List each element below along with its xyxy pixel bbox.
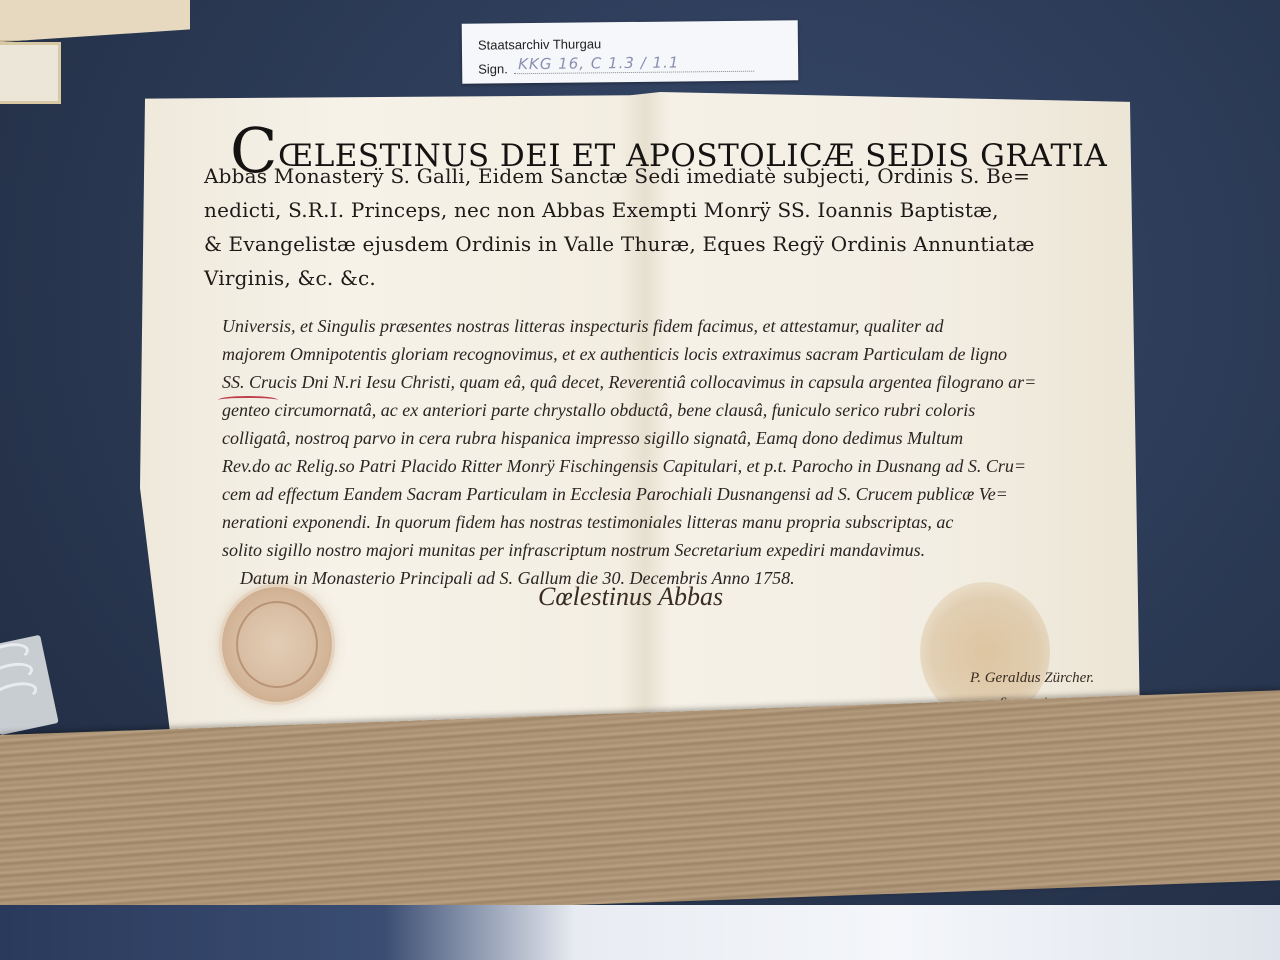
secretary-signature: P. Geraldus Zürcher. xyxy=(970,670,1094,687)
wax-seal xyxy=(222,587,332,702)
archive-signature: KKG 16, C 1.3 / 1.1 xyxy=(518,53,679,73)
body-line: Rev.do ac Relig.so Patri Placido Ritter … xyxy=(222,456,1026,477)
paper-folder xyxy=(0,42,61,104)
archive-label: Staatsarchiv Thurgau Sign. KKG 16, C 1.3… xyxy=(462,20,799,84)
title-line: & Evangelistæ ejusdem Ordinis in Valle T… xyxy=(204,232,1035,256)
abbot-signature: Cœlestinus Abbas xyxy=(538,582,723,612)
title-line: Abbas Monasterÿ S. Galli, Eidem Sanctæ S… xyxy=(204,164,1030,188)
body-line: SS. Crucis Dni N.ri Iesu Christi, quam e… xyxy=(222,372,1036,393)
body-line: solito sigillo nostro majori munitas per… xyxy=(222,540,925,561)
body-line: genteo circumornatâ, ac ex anteriori par… xyxy=(222,400,975,421)
body-line: colligatâ, nostroq parvo in cera rubra h… xyxy=(222,428,963,449)
body-line: nerationi exponendi. In quorum fidem has… xyxy=(222,512,953,533)
archive-institution: Staatsarchiv Thurgau xyxy=(478,36,601,52)
title-line: Virginis, &c. &c. xyxy=(204,266,376,290)
signature-prefix: Sign. xyxy=(478,61,508,76)
body-line: cem ad effectum Eandem Sacram Particulam… xyxy=(222,484,1008,505)
floor-background xyxy=(0,905,1280,960)
body-line: Universis, et Singulis præsentes nostras… xyxy=(222,316,944,337)
body-line: majorem Omnipotentis gloriam recognovimu… xyxy=(222,344,1007,365)
historical-document: CŒLESTINUS DEI ET APOSTOLICÆ SEDIS GRATI… xyxy=(140,92,1140,752)
title-line: nedicti, S.R.I. Princeps, nec non Abbas … xyxy=(204,198,999,222)
